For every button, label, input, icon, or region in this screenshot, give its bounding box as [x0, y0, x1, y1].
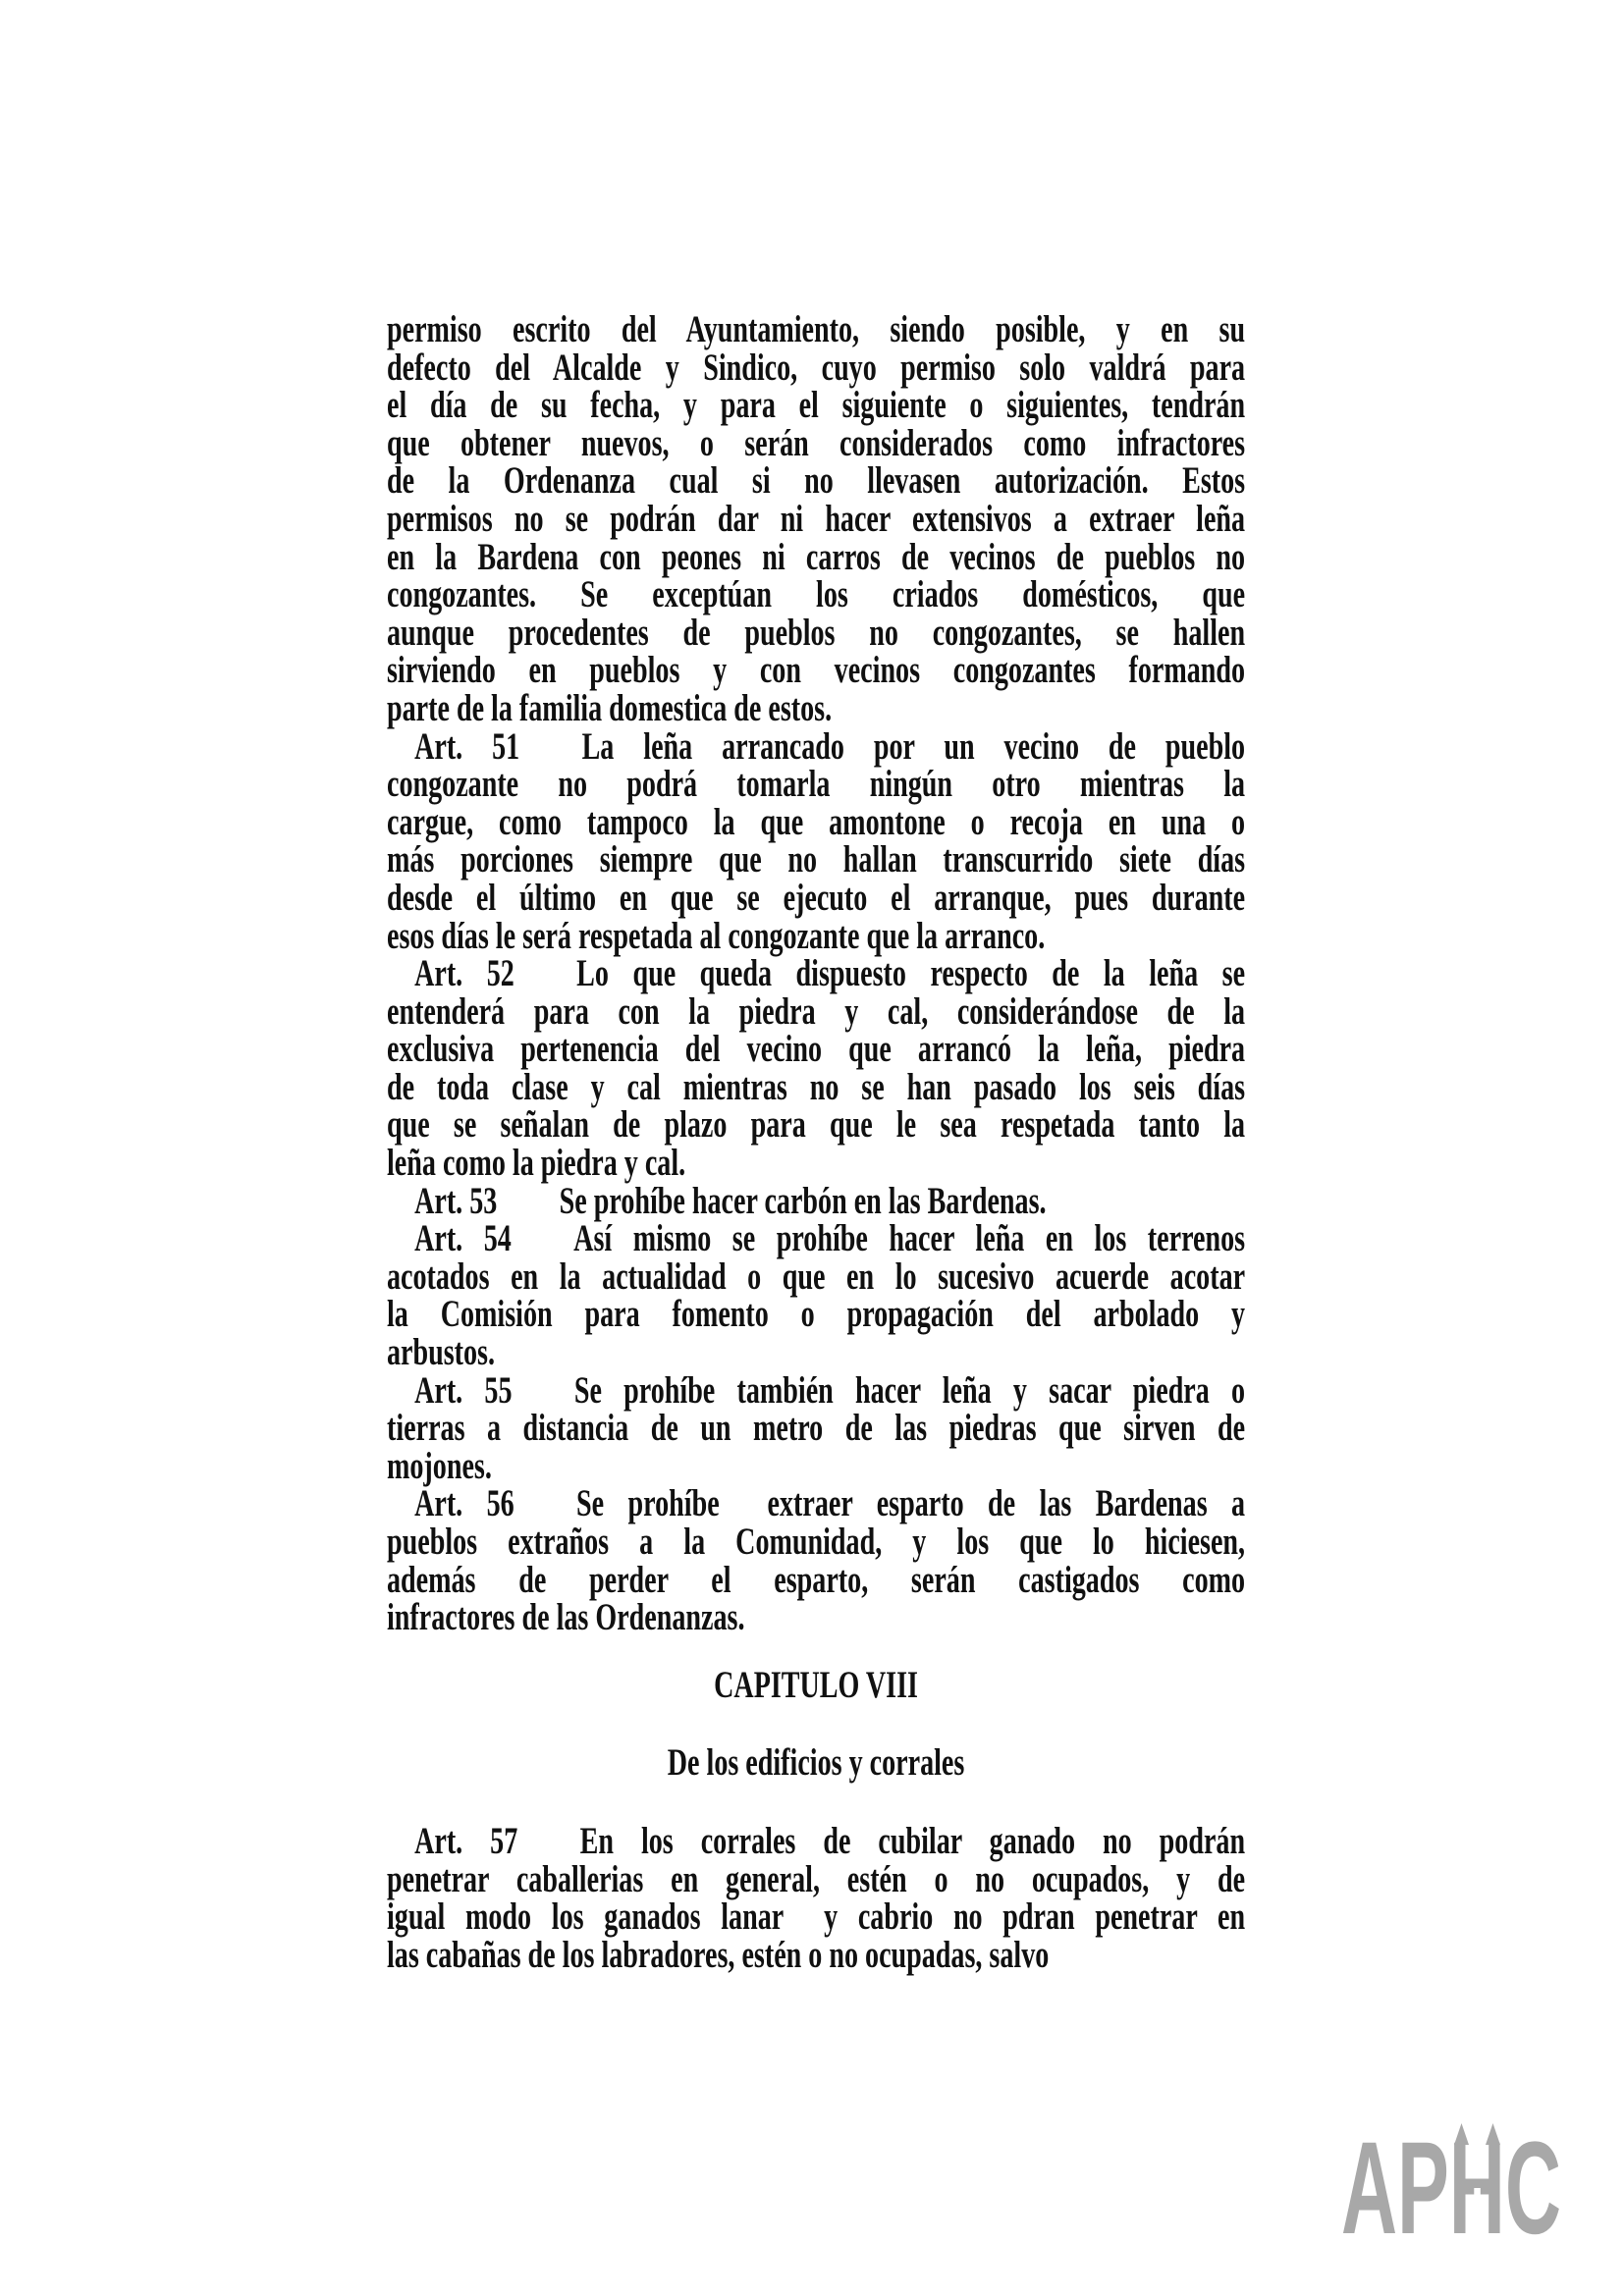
- chapter-heading: CAPITULO VIII: [387, 1667, 1245, 1705]
- text-line: Art. 53Se prohíbe hacer carbón en las Ba…: [387, 1183, 1245, 1221]
- text-line: Art. 56Se prohíbe extraer esparto de las…: [387, 1485, 1245, 1523]
- text-line: entenderá para con la piedra y cal, cons…: [387, 993, 1245, 1032]
- line-text: Lo que queda dispuesto respecto de la le…: [576, 952, 1245, 994]
- article-label: Art. 52: [414, 952, 514, 994]
- aphc-watermark-graphic: APHC: [1341, 2123, 1561, 2235]
- article-paragraph: Art. 57En los corrales de cubilar ganado…: [387, 1823, 1245, 1974]
- text-line: acotados en la actualidad o que en lo su…: [387, 1258, 1245, 1297]
- chapter-subtitle: De los edificios y corrales: [387, 1744, 1245, 1783]
- text-line: tierras a distancia de un metro de las p…: [387, 1410, 1245, 1448]
- text-line: Art. 55Se prohíbe también hacer leña y s…: [387, 1372, 1245, 1411]
- text-line: congozantes. Se exceptúan los criados do…: [387, 576, 1245, 614]
- text-line: el día de su fecha, y para el siguiente …: [387, 387, 1245, 425]
- text-line: Art. 54Así mismo se prohíbe hacer leña e…: [387, 1220, 1245, 1258]
- article-paragraph: Art. 55Se prohíbe también hacer leña y s…: [387, 1372, 1245, 1486]
- chapter-paragraphs: Art. 57En los corrales de cubilar ganado…: [387, 1823, 1245, 1974]
- article-paragraph: Art. 54Así mismo se prohíbe hacer leña e…: [387, 1220, 1245, 1371]
- line-text: Se prohíbe hacer carbón en las Bardenas.: [560, 1180, 1047, 1222]
- text-line: más porciones siempre que no hallan tran…: [387, 841, 1245, 880]
- article-label: Art. 54: [414, 1217, 512, 1259]
- text-line: penetrar caballerias en general, estén o…: [387, 1861, 1245, 1899]
- text-line: infractores de las Ordenanzas.: [387, 1599, 1245, 1637]
- line-text: Se prohíbe extraer esparto de las Barden…: [576, 1482, 1245, 1524]
- article-paragraph: Art. 53Se prohíbe hacer carbón en las Ba…: [387, 1183, 1245, 1221]
- text-line: igual modo los ganados lanar y cabrio no…: [387, 1898, 1245, 1937]
- text-line: la Comisión para fomento o propagación d…: [387, 1296, 1245, 1334]
- text-line: permisos no se podrán dar ni hacer exten…: [387, 501, 1245, 539]
- article-paragraph: Art. 56Se prohíbe extraer esparto de las…: [387, 1485, 1245, 1636]
- watermark-text: APHC: [1341, 2123, 1561, 2235]
- text-line: leña como la piedra y cal.: [387, 1145, 1245, 1183]
- doorway-notch: [1474, 2188, 1481, 2198]
- text-line: las cabañas de los labradores, estén o n…: [387, 1937, 1245, 1975]
- text-line: parte de la familia domestica de estos.: [387, 690, 1245, 728]
- text-line: aunque procedentes de pueblos no congoza…: [387, 614, 1245, 653]
- line-text: La leña arrancado por un vecino de puebl…: [582, 725, 1246, 768]
- article-paragraph: Art. 52Lo que queda dispuesto respecto d…: [387, 955, 1245, 1183]
- article-label: Art. 56: [414, 1482, 514, 1524]
- text-line: que obtener nuevos, o serán considerados…: [387, 425, 1245, 463]
- text-line: además de perder el esparto, serán casti…: [387, 1562, 1245, 1600]
- paragraph: permiso escrito del Ayuntamiento, siendo…: [387, 311, 1245, 728]
- article-paragraph: Art. 51La leña arrancado por un vecino d…: [387, 728, 1245, 956]
- aphc-watermark: APHC: [1341, 2123, 1561, 2235]
- article-label: Art. 57: [414, 1820, 517, 1862]
- line-text: Se prohíbe también hacer leña y sacar pi…: [574, 1369, 1245, 1412]
- text-line: permiso escrito del Ayuntamiento, siendo…: [387, 311, 1245, 349]
- text-line: arbustos.: [387, 1334, 1245, 1372]
- text-line: cargue, como tampoco la que amontone o r…: [387, 804, 1245, 842]
- article-label: Art. 55: [414, 1369, 512, 1412]
- text-line: Art. 51La leña arrancado por un vecino d…: [387, 728, 1245, 767]
- text-line: esos días le será respetada al congozant…: [387, 918, 1245, 956]
- article-label: Art. 53: [414, 1180, 497, 1222]
- text-line: exclusiva pertenencia del vecino que arr…: [387, 1031, 1245, 1069]
- text-line: Art. 57En los corrales de cubilar ganado…: [387, 1823, 1245, 1861]
- text-line: de la Ordenanza cual si no llevasen auto…: [387, 462, 1245, 501]
- line-text: Así mismo se prohíbe hacer leña en los t…: [573, 1217, 1245, 1259]
- text-line: que se señalan de plazo para que le sea …: [387, 1106, 1245, 1145]
- text-line: defecto del Alcalde y Sindico, cuyo perm…: [387, 349, 1245, 388]
- body-paragraphs: permiso escrito del Ayuntamiento, siendo…: [387, 311, 1245, 1637]
- text-line: Art. 52Lo que queda dispuesto respecto d…: [387, 955, 1245, 993]
- text-line: desde el último en que se ejecuto el arr…: [387, 880, 1245, 918]
- text-line: pueblos extraños a la Comunidad, y los q…: [387, 1523, 1245, 1562]
- document-page: permiso escrito del Ayuntamiento, siendo…: [0, 0, 1624, 2296]
- text-column: permiso escrito del Ayuntamiento, siendo…: [387, 311, 1245, 1974]
- text-line: en la Bardena con peones ni carros de ve…: [387, 539, 1245, 577]
- text-line: de toda clase y cal mientras no se han p…: [387, 1069, 1245, 1107]
- line-text: En los corrales de cubilar ganado no pod…: [580, 1820, 1245, 1862]
- text-line: sirviendo en pueblos y con vecinos congo…: [387, 652, 1245, 690]
- text-line: mojones.: [387, 1448, 1245, 1486]
- article-label: Art. 51: [414, 725, 519, 768]
- text-line: congozante no podrá tomarla ningún otro …: [387, 766, 1245, 804]
